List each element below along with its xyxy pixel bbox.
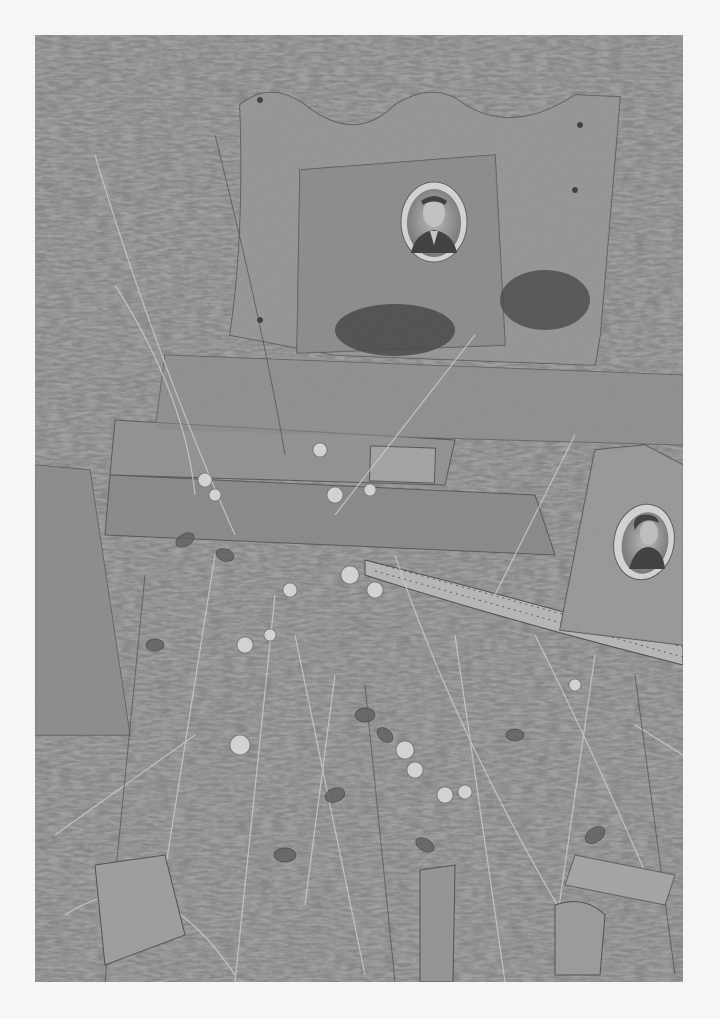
drawing-canvas [35,35,683,982]
paper-background [0,0,720,1019]
pencil-drawing [35,35,683,982]
